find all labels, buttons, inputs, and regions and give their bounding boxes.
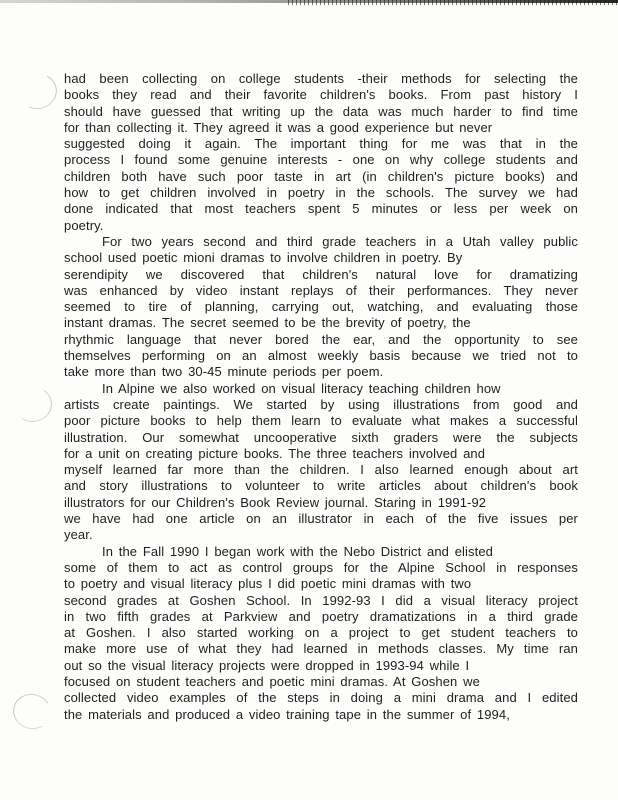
text-line: school used poetic mioni dramas to invol… xyxy=(64,250,578,266)
text-line: themselves performing on an almost weekl… xyxy=(64,348,578,364)
text-line: how to get children involved in poetry i… xyxy=(64,185,578,201)
text-line: rhythmic language that never bored the e… xyxy=(64,332,578,348)
text-line: had been collecting on college students … xyxy=(64,71,578,87)
document-text-block: had been collecting on college students … xyxy=(64,71,578,723)
text-line: out so the visual literacy projects were… xyxy=(64,658,578,674)
text-line: books they read and their favorite child… xyxy=(64,87,578,103)
text-line: poor picture books to help them learn to… xyxy=(64,413,578,429)
text-line: myself learned far more than the childre… xyxy=(64,462,578,478)
text-line: to poetry and visual literacy plus I did… xyxy=(64,576,578,592)
text-line: and story illustrations to volunteer to … xyxy=(64,478,578,494)
text-line: process I found some genuine interests -… xyxy=(64,152,578,168)
text-line: illustrators for our Children's Book Rev… xyxy=(64,495,578,511)
text-line: we have had one article on an illustrato… xyxy=(64,511,578,527)
text-line: illustration. Our somewhat uncooperative… xyxy=(64,430,578,446)
text-line: instant dramas. The secret seemed to be … xyxy=(64,315,578,331)
text-line: make more use of what they had learned i… xyxy=(64,641,578,657)
text-line: was enhanced by video instant replays of… xyxy=(64,283,578,299)
text-line: focused on student teachers and poetic m… xyxy=(64,674,578,690)
text-line: In Alpine we also worked on visual liter… xyxy=(64,381,578,397)
text-line: in two fifth grades at Parkview and poet… xyxy=(64,609,578,625)
scanned-page: had been collecting on college students … xyxy=(0,0,618,800)
text-line: children both have such poor taste in ar… xyxy=(64,169,578,185)
scan-edge-hatch-artifact xyxy=(288,0,618,5)
text-line: done indicated that most teachers spent … xyxy=(64,201,578,217)
hole-punch-mark-bottom xyxy=(9,690,54,733)
text-line: at Goshen. I also started working on a p… xyxy=(64,625,578,641)
text-line: take more than two 30-45 minute periods … xyxy=(64,364,578,380)
text-line: collected video examples of the steps in… xyxy=(64,690,578,706)
text-line: seemed to tire of planning, carrying out… xyxy=(64,299,578,315)
text-line: In the Fall 1990 I began work with the N… xyxy=(64,544,578,560)
text-line: serendipity we discovered that children'… xyxy=(64,267,578,283)
text-line: the materials and produced a video train… xyxy=(64,707,578,723)
text-line: for than collecting it. They agreed it w… xyxy=(64,120,578,136)
text-line: second grades at Goshen School. In 1992-… xyxy=(64,593,578,609)
text-line: some of them to act as control groups fo… xyxy=(64,560,578,576)
text-line: year. xyxy=(64,527,578,543)
hole-punch-mark-middle xyxy=(11,384,55,425)
text-line: poetry. xyxy=(64,218,578,234)
text-line: should have guessed that writing up the … xyxy=(64,104,578,120)
text-line: for a unit on creating picture books. Th… xyxy=(64,446,578,462)
text-line: suggested doing it again. The important … xyxy=(64,136,578,152)
text-line: For two years second and third grade tea… xyxy=(64,234,578,250)
hole-punch-mark-top xyxy=(15,69,62,114)
text-line: artists create paintings. We started by … xyxy=(64,397,578,413)
